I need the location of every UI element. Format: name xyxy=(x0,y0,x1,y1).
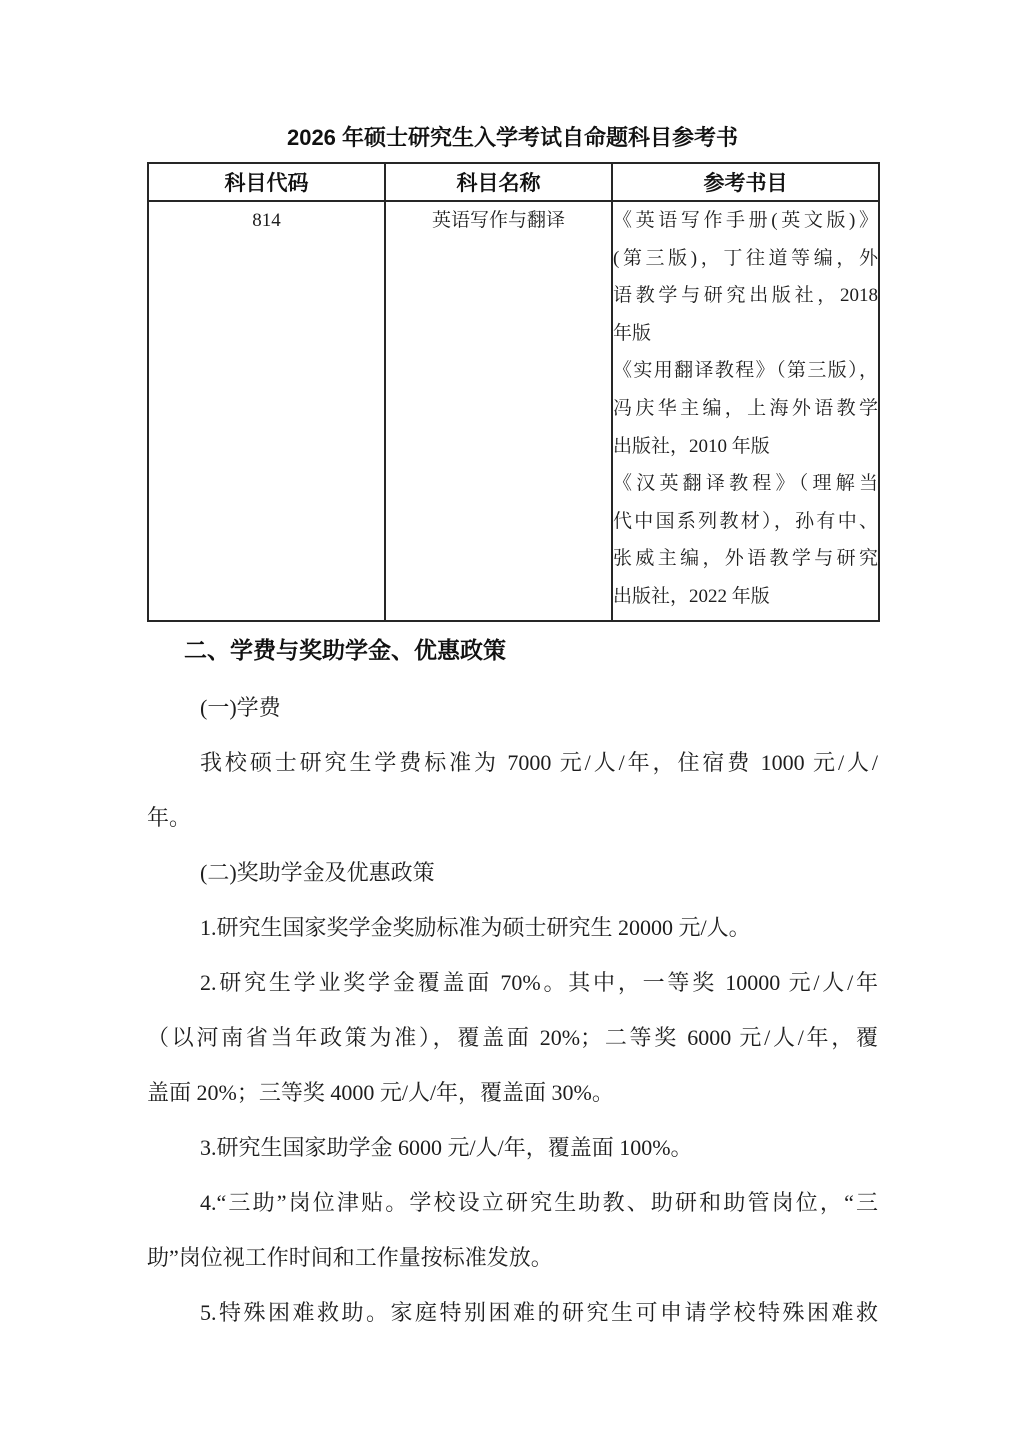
paragraph-line: 3.研究生国家助学金 6000 元/人/年，覆盖面 100%。 xyxy=(147,1120,878,1175)
reference-book-line: 《英语写作手册(英文版)》 xyxy=(613,202,878,240)
reference-book-line: 年版 xyxy=(613,315,878,353)
paragraph-line: 年。 xyxy=(147,790,878,845)
reference-book-line: 出版社，2010 年版 xyxy=(613,428,878,466)
reference-book-line: 《实用翻译教程》（第三版）， xyxy=(613,352,878,390)
table-header-cell: 科目名称 xyxy=(385,163,612,201)
subject-code-cell: 814 xyxy=(148,201,385,621)
section-heading: 二、学费与奖助学金、优惠政策 xyxy=(184,634,878,666)
paragraph-line: 5.特殊困难救助。家庭特别困难的研究生可申请学校特殊困难救 xyxy=(147,1285,878,1340)
document-content: 2026 年硕士研究生入学考试自命题科目参考书 科目代码 科目名称 参考书目 xyxy=(147,0,878,1340)
paragraph-line: 助”岗位视工作时间和工作量按标准发放。 xyxy=(147,1230,878,1285)
reference-book-line: 代中国系列教材），孙有中、 xyxy=(613,503,878,541)
table-header-row: 科目代码 科目名称 参考书目 xyxy=(148,163,879,201)
paragraph-line: 盖面 20%；三等奖 4000 元/人/年，覆盖面 30%。 xyxy=(147,1065,878,1120)
paragraph-line: 4.“三助”岗位津贴。学校设立研究生助教、助研和助管岗位，“三 xyxy=(147,1175,878,1230)
reference-books-table: 科目代码 科目名称 参考书目 814 英语写作与翻译 《英语写作 xyxy=(147,162,880,622)
reference-book-line: 《汉英翻译教程》（理解当 xyxy=(613,465,878,503)
table-header-cell: 科目代码 xyxy=(148,163,385,201)
paragraph-line: （以河南省当年政策为准），覆盖面 20%；二等奖 6000 元/人/年，覆 xyxy=(147,1010,878,1065)
reference-book-line: 冯庆华主编，上海外语教学 xyxy=(613,390,878,428)
reference-book-line: (第三版)，丁往道等编，外 xyxy=(613,240,878,278)
reference-book-lines: 《英语写作手册(英文版)》 (第三版)，丁往道等编，外 语教学与研究出版社，20… xyxy=(613,202,878,616)
paragraph-line: (一)学费 xyxy=(147,680,878,735)
paragraph-line: 2.研究生学业奖学金覆盖面 70%。其中，一等奖 10000 元/人/年 xyxy=(147,955,878,1010)
table-header-cell: 参考书目 xyxy=(612,163,879,201)
reference-book-line: 张威主编，外语教学与研究 xyxy=(613,540,878,578)
document-title: 2026 年硕士研究生入学考试自命题科目参考书 xyxy=(147,122,878,154)
paragraph-line: 我校硕士研究生学费标准为 7000 元/人/年，住宿费 1000 元/人/ xyxy=(147,735,878,790)
paragraph-line: (二)奖助学金及优惠政策 xyxy=(147,845,878,900)
document-page: 2026 年硕士研究生入学考试自命题科目参考书 科目代码 科目名称 参考书目 xyxy=(0,0,1024,1448)
table-row: 814 英语写作与翻译 《英语写作手册(英文版)》 (第三版)，丁往道等编，外 … xyxy=(148,201,879,621)
subject-name-cell: 英语写作与翻译 xyxy=(385,201,612,621)
reference-book-line: 出版社，2022 年版 xyxy=(613,578,878,616)
paragraph-line: 1.研究生国家奖学金奖励标准为硕士研究生 20000 元/人。 xyxy=(147,900,878,955)
reference-books-cell: 《英语写作手册(英文版)》 (第三版)，丁往道等编，外 语教学与研究出版社，20… xyxy=(612,201,879,621)
body-paragraph-lines: (一)学费 我校硕士研究生学费标准为 7000 元/人/年，住宿费 1000 元… xyxy=(147,680,878,1340)
reference-book-line: 语教学与研究出版社，2018 xyxy=(613,277,878,315)
